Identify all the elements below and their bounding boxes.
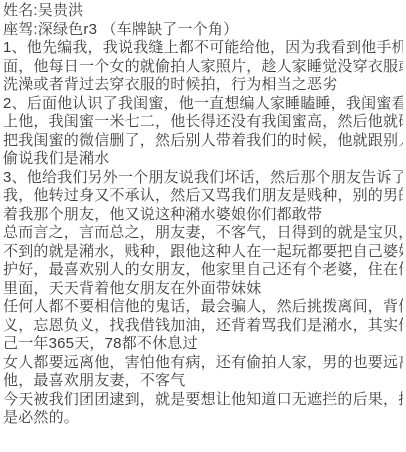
- text-line: 上他，我闺蜜一米七二，他长得还没有我闺蜜高，然后他就破防: [3, 113, 403, 132]
- text-line: 面，他每日一个女的就偷拍人家照片，趁人家睡觉没穿衣服或者: [3, 58, 403, 77]
- text-line: 今天被我们团团逮到，就是要想让他知道口无遮拦的后果，挨打: [3, 391, 403, 410]
- text-line: 3、他给我们另外一个朋友说我们坏话，然后那个朋友告诉了: [3, 169, 403, 188]
- text-line: 义，忘恩负义，找我借钱加油，还背着骂我们是潲水，其实他自: [3, 317, 403, 336]
- text-line: 把我闺蜜的微信删了，然后别人带着我们的时候，他就跟别人偷: [3, 132, 403, 151]
- text-line: 女人都要远离他，害怕他有病，还有偷拍人家，男的也要远离: [3, 354, 403, 373]
- text-line: 姓名:吴贵洪: [3, 2, 403, 21]
- text-line: 是必然的。: [3, 409, 403, 428]
- text-line: 不到的就是潲水，贱种，跟他这种人在一起玩都要把自己婆娘保: [3, 243, 403, 262]
- text-line: 着我那个朋友，他又说这种潲水婆娘你们都敢带: [3, 206, 403, 225]
- text-line: 任何人都不要相信他的鬼话，最会骗人，然后挑拨离间，背信弃: [3, 298, 403, 317]
- text-line: 我，他转过身又不承认，然后又骂我们朋友是贱种，别的男的带: [3, 187, 403, 206]
- text-line: 里面，天天背着他女朋友在外面带妹妹: [3, 280, 403, 299]
- text-line: 座驾:深绿色r3 （车牌缺了一个角）: [3, 21, 403, 40]
- text-line: 洗澡或者背过去穿衣服的时候拍，行为相当之恶劣: [3, 76, 403, 95]
- text-line: 己一年365天，78都不休息过: [3, 335, 403, 354]
- text-line: 偷说我们是潲水: [3, 150, 403, 169]
- complaint-text-document: 姓名:吴贵洪座驾:深绿色r3 （车牌缺了一个角）1、他先编我，我说我缝上都不可能…: [0, 0, 406, 428]
- text-line: 2、后面他认识了我闺蜜，他一直想编人家睡瞌睡，我闺蜜看不: [3, 95, 403, 114]
- text-line: 他，最喜欢朋友妻，不客气: [3, 372, 403, 391]
- text-line: 护好，最喜欢别人的女朋友，他家里自己还有个老婆，住在他家: [3, 261, 403, 280]
- text-line: 1、他先编我，我说我缝上都不可能给他，因为我看到他手机里: [3, 39, 403, 58]
- text-line: 总而言之，言而总之，朋友妻，不客气，日得到的就是宝贝，日: [3, 224, 403, 243]
